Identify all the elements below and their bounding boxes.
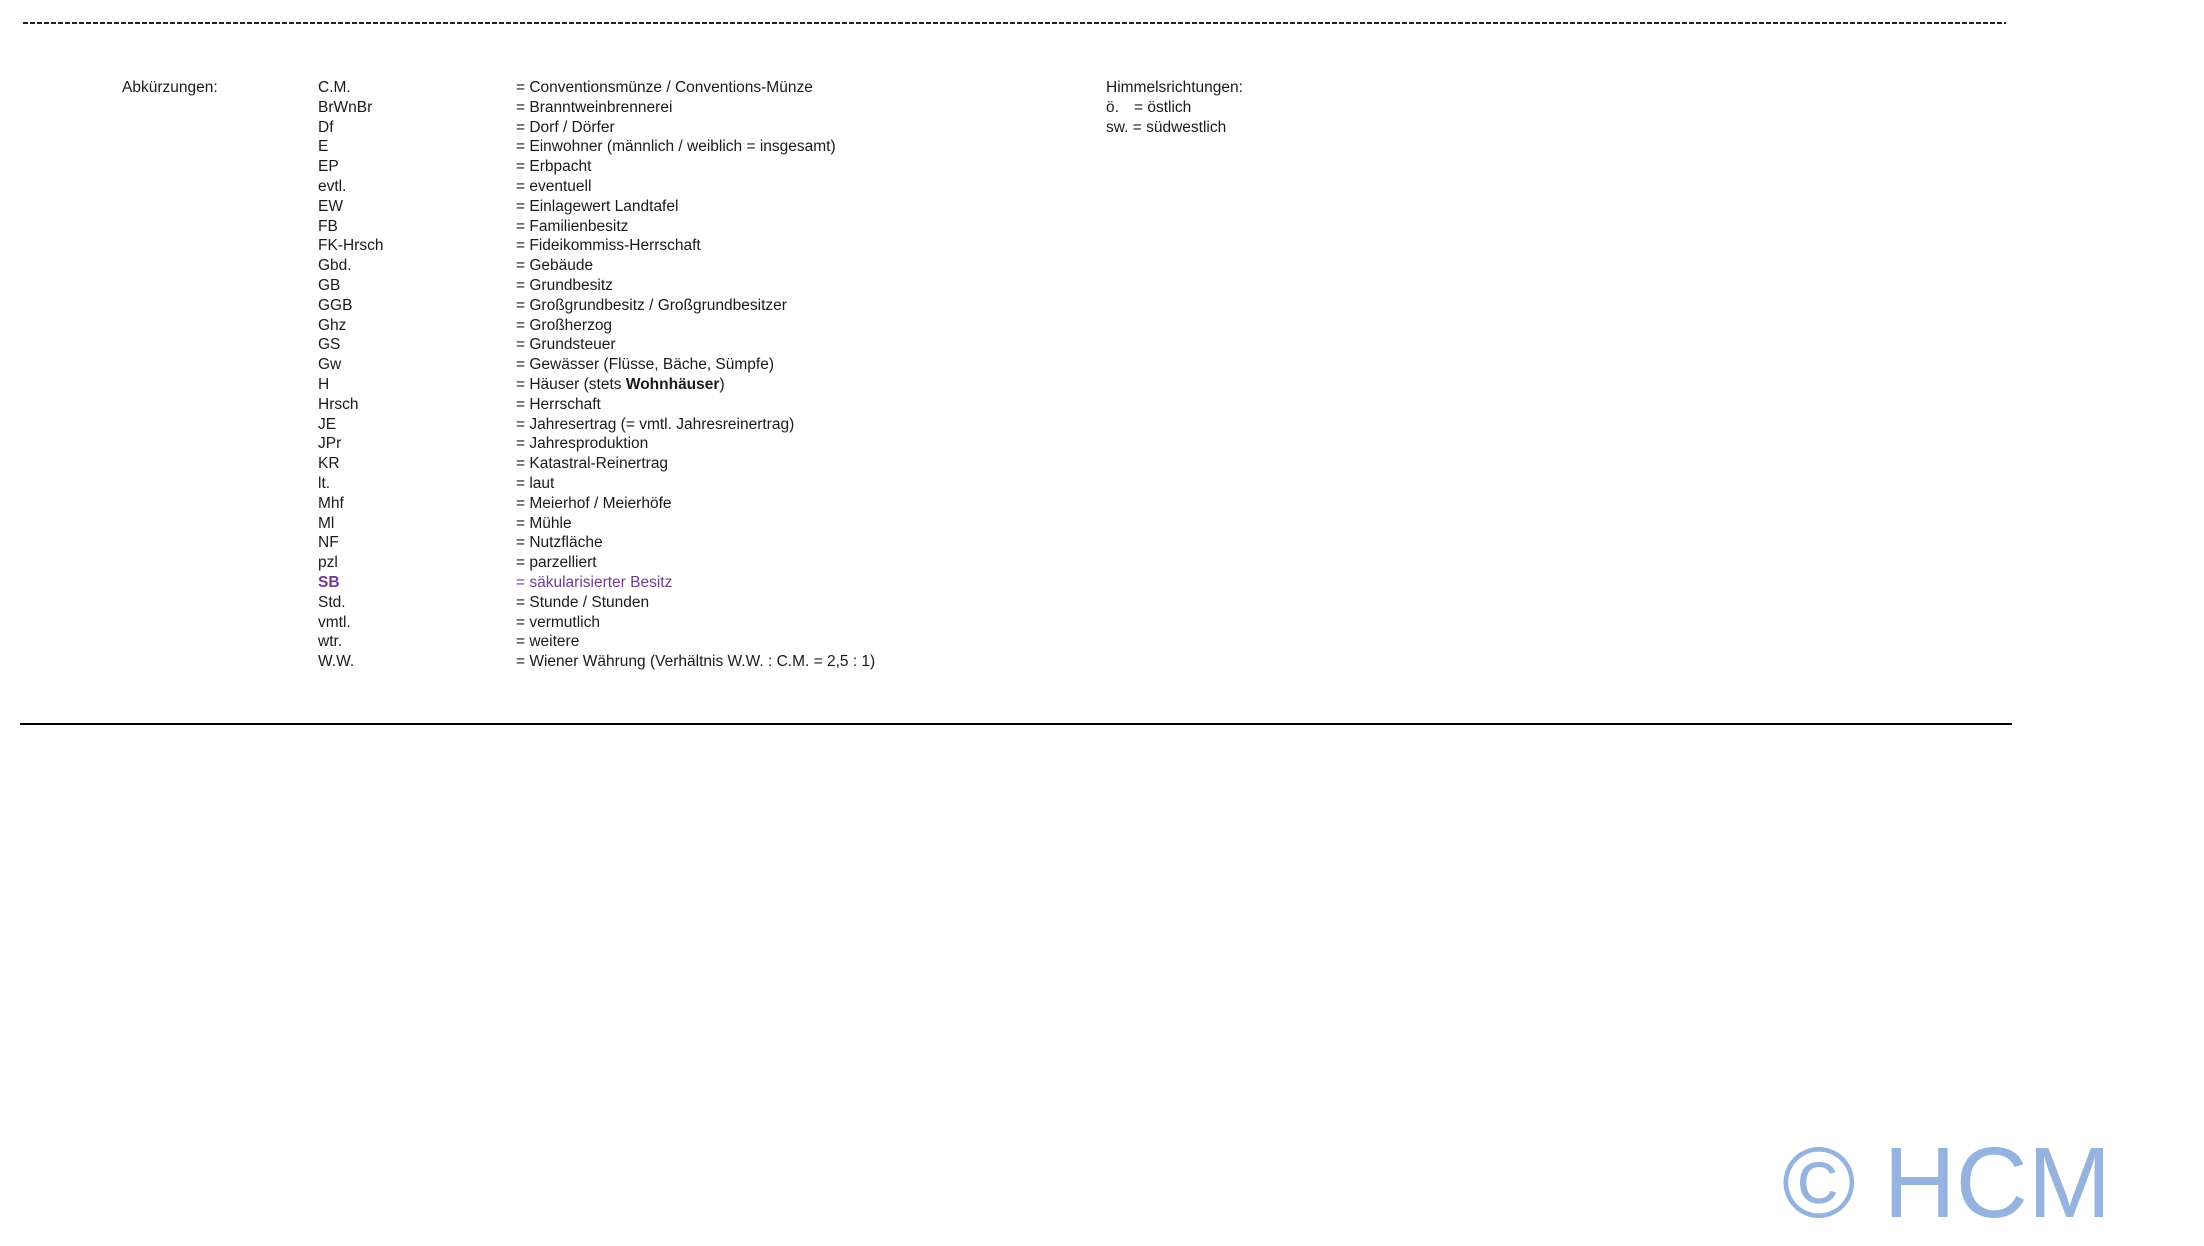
solid-separator <box>20 723 2012 725</box>
abbreviation-key: lt. <box>318 474 516 494</box>
abbreviation-definition: = vermutlich <box>516 614 600 631</box>
abbreviation-row: pzl= parzelliert <box>318 553 875 573</box>
abbreviation-definition: = Gebäude <box>516 257 593 274</box>
abbreviation-key: Std. <box>318 593 516 613</box>
abbreviation-row: Hrsch= Herrschaft <box>318 395 875 415</box>
abbreviation-key: KR <box>318 454 516 474</box>
abbreviation-definition: = Dorf / Dörfer <box>516 119 615 136</box>
abbreviation-key: JE <box>318 415 516 435</box>
abbreviation-definition: = Stunde / Stunden <box>516 594 649 611</box>
abbreviation-key: FB <box>318 217 516 237</box>
direction-def: = östlich <box>1134 99 1191 116</box>
abbreviation-definition: = Großgrundbesitz / Großgrundbesitzer <box>516 297 787 314</box>
abbreviation-definition: = laut <box>516 475 554 492</box>
abbreviation-definition: = Wiener Währung (Verhältnis W.W. : C.M.… <box>516 653 875 670</box>
abbreviation-key: NF <box>318 533 516 553</box>
abbreviation-key: C.M. <box>318 78 516 98</box>
abbreviation-definition: = Nutzfläche <box>516 534 603 551</box>
abbreviation-row: GGB= Großgrundbesitz / Großgrundbesitzer <box>318 296 875 316</box>
abbreviation-row: E= Einwohner (männlich / weiblich = insg… <box>318 137 875 157</box>
abbreviation-definition: = Herrschaft <box>516 396 601 413</box>
copyright-watermark: © HCM <box>1782 1128 2111 1238</box>
abbreviation-key: JPr <box>318 434 516 454</box>
abbreviation-key: EW <box>318 197 516 217</box>
direction-item: sw. = südwestlich <box>1106 118 1243 138</box>
abbreviation-definition: = Meierhof / Meierhöfe <box>516 495 672 512</box>
abbreviation-definition: = Erbpacht <box>516 158 591 175</box>
abbreviation-key: SB <box>318 573 516 593</box>
abbreviation-definition: = weitere <box>516 633 579 650</box>
abbreviation-key: GS <box>318 335 516 355</box>
definition-text: ) <box>719 376 724 393</box>
abbreviation-key: Mhf <box>318 494 516 514</box>
abbreviation-row: FB= Familienbesitz <box>318 217 875 237</box>
abbreviation-definition: = Grundsteuer <box>516 336 616 353</box>
abbreviation-row: Ghz= Großherzog <box>318 316 875 336</box>
abbreviations-list: C.M.= Conventionsmünze / Conventions-Mün… <box>318 78 875 672</box>
abbreviation-row: JPr= Jahresproduktion <box>318 434 875 454</box>
abbreviation-key: Gw <box>318 355 516 375</box>
direction-def: = südwestlich <box>1133 119 1226 136</box>
abbreviation-row: C.M.= Conventionsmünze / Conventions-Mün… <box>318 78 875 98</box>
abbreviation-key: GB <box>318 276 516 296</box>
abbreviation-definition: = säkularisierter Besitz <box>516 574 672 591</box>
directions-label: Himmelsrichtungen: <box>1106 78 1243 98</box>
abbreviation-definition: = Fideikommiss-Herrschaft <box>516 237 701 254</box>
abbreviation-definition: = Grundbesitz <box>516 277 613 294</box>
dashed-separator <box>23 22 2006 24</box>
direction-key: ö. <box>1106 98 1134 118</box>
abbreviation-row: evtl.= eventuell <box>318 177 875 197</box>
abbreviation-row: GB= Grundbesitz <box>318 276 875 296</box>
definition-text: = Häuser (stets <box>516 376 626 393</box>
abbreviation-row: NF= Nutzfläche <box>318 533 875 553</box>
abbreviation-definition: = Jahresproduktion <box>516 435 648 452</box>
abbreviation-row: JE= Jahresertrag (= vmtl. Jahresreinertr… <box>318 415 875 435</box>
abbreviation-key: evtl. <box>318 177 516 197</box>
abbreviation-key: Ghz <box>318 316 516 336</box>
abbreviation-definition: = Häuser (stets Wohnhäuser) <box>516 376 725 393</box>
definition-emphasis: Wohnhäuser <box>626 376 720 393</box>
abbreviation-row: GS= Grundsteuer <box>318 335 875 355</box>
abbreviation-key: W.W. <box>318 652 516 672</box>
abbreviation-row: wtr.= weitere <box>318 632 875 652</box>
abbreviation-key: pzl <box>318 553 516 573</box>
direction-key: sw. <box>1106 118 1128 138</box>
abbreviation-definition: = Branntweinbrennerei <box>516 99 672 116</box>
abbreviation-row: Mhf= Meierhof / Meierhöfe <box>318 494 875 514</box>
abbreviation-definition: = Conventionsmünze / Conventions-Münze <box>516 79 813 96</box>
abbreviation-key: FK-Hrsch <box>318 236 516 256</box>
abbreviation-key: Hrsch <box>318 395 516 415</box>
abbreviation-row: BrWnBr= Branntweinbrennerei <box>318 98 875 118</box>
abbreviation-definition: = parzelliert <box>516 554 597 571</box>
abbreviation-definition: = Großherzog <box>516 317 612 334</box>
directions-section: Himmelsrichtungen: ö.= östlich sw. = süd… <box>1106 78 1243 137</box>
abbreviation-row: H= Häuser (stets Wohnhäuser) <box>318 375 875 395</box>
direction-item: ö.= östlich <box>1106 98 1243 118</box>
abbreviation-row: Ml= Mühle <box>318 514 875 534</box>
abbreviation-row: KR= Katastral-Reinertrag <box>318 454 875 474</box>
abbreviation-key: Gbd. <box>318 256 516 276</box>
abbreviation-key: BrWnBr <box>318 98 516 118</box>
abbreviation-key: vmtl. <box>318 613 516 633</box>
abbreviation-key: H <box>318 375 516 395</box>
abbreviation-key: E <box>318 137 516 157</box>
abbreviation-row: Gbd.= Gebäude <box>318 256 875 276</box>
abbreviation-key: Df <box>318 118 516 138</box>
abbreviation-row: EP= Erbpacht <box>318 157 875 177</box>
abbreviations-label: Abkürzungen: <box>122 78 218 98</box>
abbreviation-definition: = eventuell <box>516 178 591 195</box>
abbreviation-definition: = Mühle <box>516 515 572 532</box>
abbreviation-row: lt.= laut <box>318 474 875 494</box>
abbreviation-row: SB= säkularisierter Besitz <box>318 573 875 593</box>
abbreviation-row: Std.= Stunde / Stunden <box>318 593 875 613</box>
abbreviation-definition: = Einlagewert Landtafel <box>516 198 678 215</box>
abbreviation-definition: = Jahresertrag (= vmtl. Jahresreinertrag… <box>516 416 794 433</box>
abbreviation-key: EP <box>318 157 516 177</box>
abbreviation-definition: = Gewässer (Flüsse, Bäche, Sümpfe) <box>516 356 774 373</box>
abbreviation-row: vmtl.= vermutlich <box>318 613 875 633</box>
abbreviation-key: GGB <box>318 296 516 316</box>
abbreviation-definition: = Familienbesitz <box>516 218 628 235</box>
abbreviation-row: FK-Hrsch= Fideikommiss-Herrschaft <box>318 236 875 256</box>
abbreviation-key: wtr. <box>318 632 516 652</box>
abbreviation-row: Gw= Gewässer (Flüsse, Bäche, Sümpfe) <box>318 355 875 375</box>
abbreviation-key: Ml <box>318 514 516 534</box>
abbreviation-row: W.W.= Wiener Währung (Verhältnis W.W. : … <box>318 652 875 672</box>
abbreviation-row: EW= Einlagewert Landtafel <box>318 197 875 217</box>
abbreviation-row: Df= Dorf / Dörfer <box>318 118 875 138</box>
abbreviation-definition: = Einwohner (männlich / weiblich = insge… <box>516 138 836 155</box>
abbreviation-definition: = Katastral-Reinertrag <box>516 455 668 472</box>
